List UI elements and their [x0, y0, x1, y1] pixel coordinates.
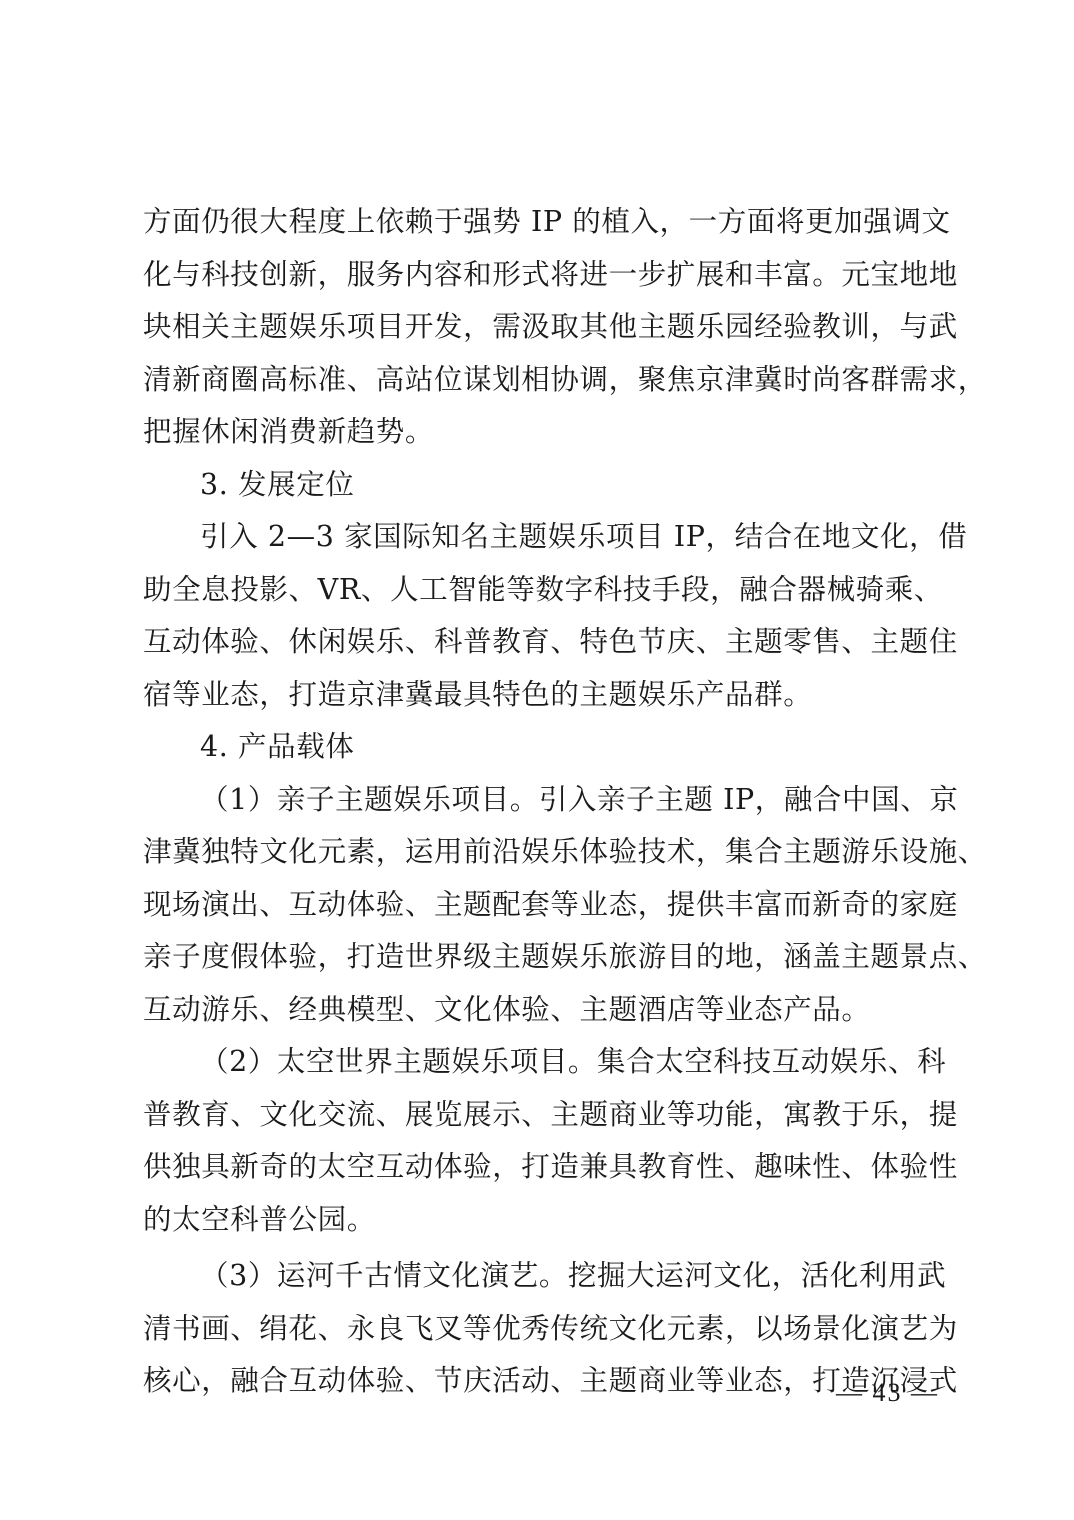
document-page: 方面仍很大程度上依赖于强势 IP 的植入，一方面将更加强调文 化与科技创新，服务…	[143, 196, 943, 1408]
text-line: 清书画、绢花、永良飞叉等优秀传统文化元素，以场景化演艺为	[143, 1303, 943, 1356]
paragraph-development-positioning: 引入 2—3 家国际知名主题娱乐项目 IP，结合在地文化，借 助全息投影、VR、…	[143, 511, 943, 721]
text-line: 的太空科普公园。	[143, 1194, 943, 1247]
text-line: 块相关主题娱乐项目开发，需汲取其他主题乐园经验教训，与武	[143, 301, 943, 354]
section-heading-product-carrier: 4. 产品载体	[143, 721, 943, 774]
text-line: 亲子度假体验，打造世界级主题娱乐旅游目的地，涵盖主题景点、	[143, 931, 943, 984]
text-line: 津冀独特文化元素，运用前沿娱乐体验技术，集合主题游乐设施、	[143, 826, 943, 879]
paragraph-item-2: （2）太空世界主题娱乐项目。集合太空科技互动娱乐、科 普教育、文化交流、展览展示…	[143, 1036, 943, 1246]
text-line: 清新商圈高标准、高站位谋划相协调，聚焦京津冀时尚客群需求，	[143, 354, 943, 407]
text-line: 核心，融合互动体验、节庆活动、主题商业等业态，打造沉浸式	[143, 1355, 943, 1408]
text-line: 现场演出、互动体验、主题配套等业态，提供丰富而新奇的家庭	[143, 879, 943, 932]
text-line: （3）运河千古情文化演艺。挖掘大运河文化，活化利用武	[143, 1250, 943, 1303]
text-line: 互动体验、休闲娱乐、科普教育、特色节庆、主题零售、主题住	[143, 616, 943, 669]
paragraph-item-3: （3）运河千古情文化演艺。挖掘大运河文化，活化利用武 清书画、绢花、永良飞叉等优…	[143, 1250, 943, 1408]
text-line: 把握休闲消费新趋势。	[143, 406, 943, 459]
paragraph-item-1: （1）亲子主题娱乐项目。引入亲子主题 IP，融合中国、京 津冀独特文化元素，运用…	[143, 774, 943, 1037]
text-line: 宿等业态，打造京津冀最具特色的主题娱乐产品群。	[143, 669, 943, 722]
text-line: 化与科技创新，服务内容和形式将进一步扩展和丰富。元宝地地	[143, 249, 943, 302]
page-number: — 43 —	[836, 1378, 939, 1408]
text-line: （2）太空世界主题娱乐项目。集合太空科技互动娱乐、科	[143, 1036, 943, 1089]
section-heading-development-positioning: 3. 发展定位	[143, 459, 943, 512]
text-line: 方面仍很大程度上依赖于强势 IP 的植入，一方面将更加强调文	[143, 196, 943, 249]
text-line: 供独具新奇的太空互动体验，打造兼具教育性、趣味性、体验性	[143, 1141, 943, 1194]
text-line: 普教育、文化交流、展览展示、主题商业等功能，寓教于乐，提	[143, 1089, 943, 1142]
text-line: 助全息投影、VR、人工智能等数字科技手段，融合器械骑乘、	[143, 564, 943, 617]
text-line: 互动游乐、经典模型、文化体验、主题酒店等业态产品。	[143, 984, 943, 1037]
text-line: 引入 2—3 家国际知名主题娱乐项目 IP，结合在地文化，借	[143, 511, 943, 564]
text-line: （1）亲子主题娱乐项目。引入亲子主题 IP，融合中国、京	[143, 774, 943, 827]
paragraph-continuation: 方面仍很大程度上依赖于强势 IP 的植入，一方面将更加强调文 化与科技创新，服务…	[143, 196, 943, 459]
